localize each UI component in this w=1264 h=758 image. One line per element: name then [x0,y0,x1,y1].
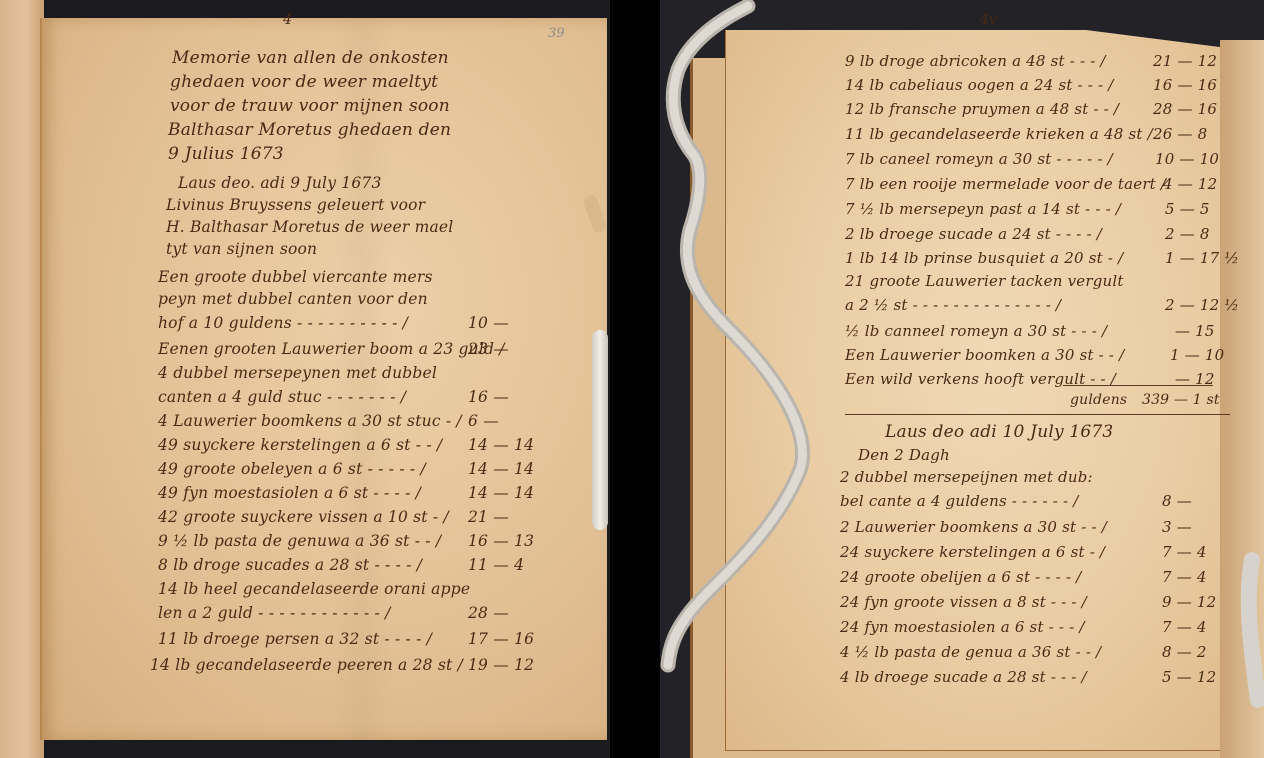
list-item: Een groote dubbel viercante mers [158,268,433,286]
list-item: 14 lb gecandelaseerde peeren a 28 st / [150,656,463,674]
item-amount: 14 — 14 [468,460,534,478]
item-amount: 21 — [468,508,509,526]
item-amount: — 15 [1175,322,1215,340]
item-amount: 6 — [468,412,499,430]
left-cover-flap [0,0,44,758]
list-item: 24 fyn moestasiolen a 6 st - - - / [840,618,1085,636]
item-amount: 14 — 14 [468,436,534,454]
list-item: 7 lb een rooije mermelade voor de taert … [845,175,1166,193]
list-item: canten a 4 guld stuc - - - - - - - / [158,388,406,406]
item-amount: 1 — 10 [1170,346,1224,364]
list-item: Een Lauwerier boomken a 30 st - - / [845,346,1124,364]
item-amount: 8 — [1162,492,1192,510]
list-item: 49 fyn moestasiolen a 6 st - - - - / [158,484,421,502]
left-item-list: Een groote dubbel viercante mers peyn me… [158,268,598,688]
list-item: len a 2 guld - - - - - - - - - - - - / [158,604,391,622]
list-item: 2 lb droege sucade a 24 st - - - - / [845,225,1102,243]
item-amount: 7 — 4 [1162,543,1207,561]
list-item: 7 lb caneel romeyn a 30 st - - - - - / [845,150,1113,168]
list-item: 24 fyn groote vissen a 8 st - - - / [840,593,1087,611]
item-amount: 1 — 17 ½ [1165,249,1239,267]
list-item: 8 lb droge sucades a 28 st - - - - / [158,556,422,574]
item-amount: 3 — [1162,518,1192,536]
list-item: 11 lb droege persen a 32 st - - - - / [158,630,432,648]
list-item: 4 lb droege sucade a 28 st - - - / [840,668,1087,686]
list-item: 7 ½ lb mersepeyn past a 14 st - - - / [845,200,1121,218]
folio-number: 4 [283,12,292,28]
folio-number: 4v [980,12,997,28]
item-amount: 16 — 13 [468,532,534,550]
list-item: 49 groote obeleyen a 6 st - - - - - / [158,460,426,478]
total-label: guldens [1070,392,1127,408]
section-divider [845,414,1230,415]
list-item: 9 lb droge abricoken a 48 st - - - / [845,52,1106,70]
list-item: 4 ½ lb pasta de genua a 36 st - - / [840,643,1101,661]
list-item: 12 lb fransche pruymen a 48 st - - / [845,100,1119,118]
item-amount: 5 — 5 [1165,200,1210,218]
list-item: 49 suyckere kerstelingen a 6 st - - / [158,436,442,454]
list-item: 11 lb gecandelaseerde krieken a 48 st / [845,125,1153,143]
list-item: 4 Lauwerier boomkens a 30 st stuc - / [158,412,462,430]
list-item: 24 suyckere kerstelingen a 6 st - / [840,543,1105,561]
item-amount: 4 — 12 [1163,175,1217,193]
item-amount: 16 — 16 [1153,76,1217,94]
item-amount: 21 — 12 [1153,52,1217,70]
total-amount: 339 — 1 st [1142,392,1220,408]
item-amount: 14 — 14 [468,484,534,502]
list-item: bel cante a 4 guldens - - - - - - / [840,492,1078,510]
item-amount: 2 — 8 [1165,225,1210,243]
second-entry-date: Laus deo adi 10 July 1673 [885,422,1113,442]
item-amount: 10 — 10 [1155,150,1219,168]
item-amount: 7 — 4 [1162,568,1207,586]
list-item: peyn met dubbel canten voor den [158,290,428,308]
list-item: hof a 10 guldens - - - - - - - - - - / [158,314,408,332]
list-item: 24 groote obelijen a 6 st - - - - / [840,568,1081,586]
list-item: 2 Lauwerier boomkens a 30 st - - / [840,518,1107,536]
right-item-list: 9 lb droge abricoken a 48 st - - - / 21 … [845,52,1245,392]
list-item: 21 groote Lauwerier tacken vergult [845,272,1124,290]
list-item: ½ lb canneel romeyn a 30 st - - - / [845,322,1107,340]
item-amount: 8 — 2 [1162,643,1207,661]
second-item-list: 2 dubbel mersepeijnen met dub: bel cante… [840,468,1240,708]
item-amount: 16 — [468,388,509,406]
total-rule [1063,385,1213,386]
list-item: 4 dubbel mersepeynen met dubbel [158,364,437,382]
list-item: a 2 ½ st - - - - - - - - - - - - - - / [845,296,1061,314]
item-amount: 5 — 12 [1162,668,1216,686]
item-amount: 19 — 12 [468,656,534,674]
list-item: 14 lb heel gecandelaseerde orani appe [158,580,470,598]
list-item: 14 lb cabeliaus oogen a 24 st - - - / [845,76,1114,94]
item-amount: 17 — 16 [468,630,534,648]
item-amount: 26 — 8 [1153,125,1207,143]
right-manuscript-photo: 4v 9 lb droge abricoken a 48 st - - - / … [660,0,1264,758]
item-amount: 7 — 4 [1162,618,1207,636]
item-amount: 28 — 16 [1153,100,1217,118]
item-amount: 9 — 12 [1162,593,1216,611]
left-manuscript-photo: 4 39 Memorie van allen de onkosten gheda… [0,0,610,758]
list-item: 2 dubbel mersepeijnen met dub: [840,468,1093,486]
item-amount: 23 — [468,340,509,358]
list-item: 1 lb 14 lb prinse busquiet a 20 st - / [845,249,1123,267]
pencil-page-number: 39 [548,26,565,41]
list-item: 42 groote suyckere vissen a 10 st - / [158,508,449,526]
list-item: Eenen grooten Lauwerier boom a 23 guld / [158,340,505,358]
item-amount: 11 — 4 [468,556,524,574]
item-amount: 28 — [468,604,509,622]
item-amount: 2 — 12 ½ [1165,296,1239,314]
page-total: guldens 339 — 1 st [1070,392,1220,408]
item-amount: 10 — [468,314,509,332]
list-item: 9 ½ lb pasta de genuwa a 36 st - - / [158,532,441,550]
second-entry-day: Den 2 Dagh [858,446,950,464]
